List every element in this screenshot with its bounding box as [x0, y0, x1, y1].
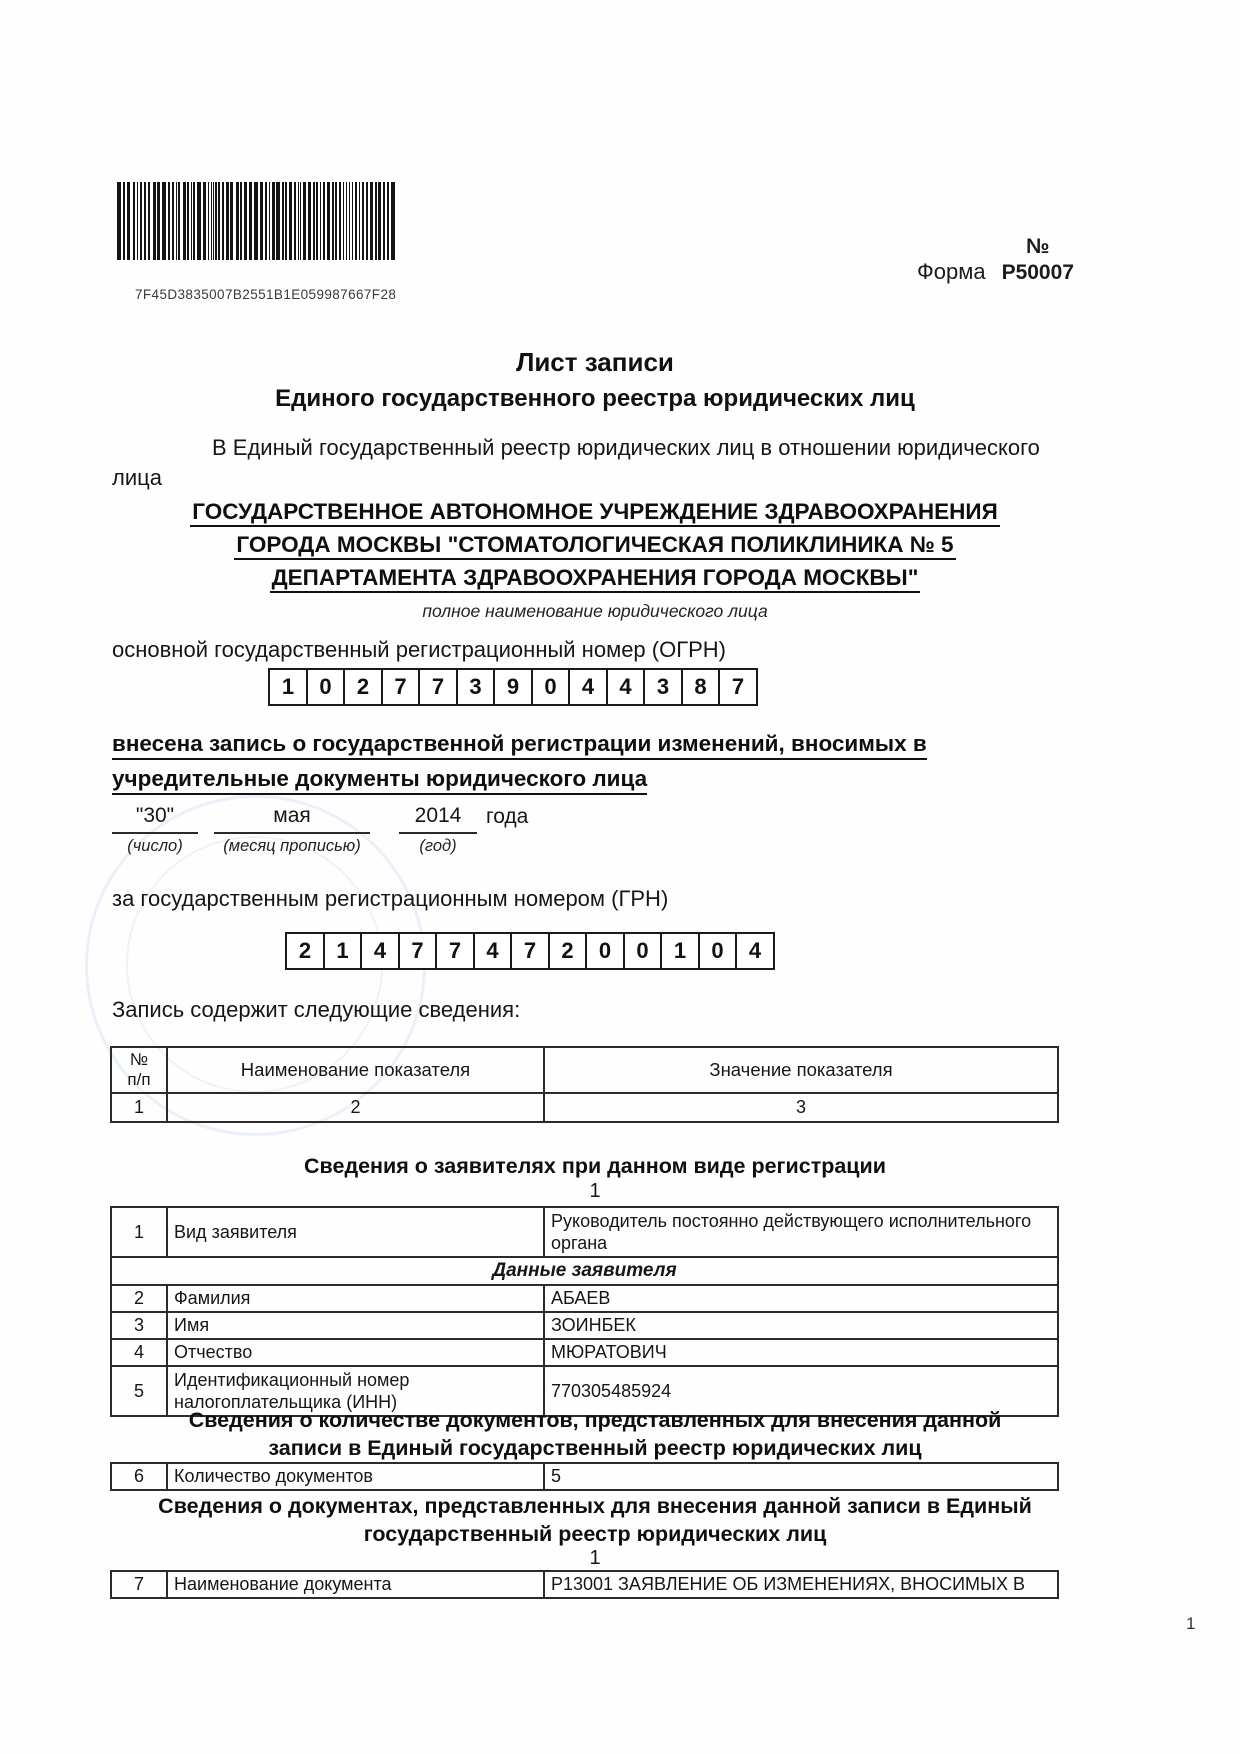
date-year-suffix: года	[486, 804, 528, 829]
grn-digit-cell: 4	[735, 932, 775, 970]
record-contains-label: Запись содержит следующие сведения:	[112, 997, 520, 1023]
docs-count-title-line-2: записи в Единый государственный реестр ю…	[100, 1434, 1090, 1462]
grn-digit-cell: 7	[510, 932, 550, 970]
document-title: Лист записи	[100, 347, 1090, 378]
row-name: Количество документов	[167, 1463, 544, 1490]
org-name: ГОСУДАРСТВЕННОЕ АВТОНОМНОЕ УЧРЕЖДЕНИЕ ЗД…	[100, 495, 1090, 594]
documents-title-line-1: Сведения о документах, представленных дл…	[100, 1492, 1090, 1520]
intro-line-1: В Единый государственный реестр юридичес…	[112, 433, 1102, 463]
indicators-header-table: № п/п Наименование показателя Значение п…	[110, 1046, 1059, 1123]
documents-block-index: 1	[100, 1547, 1090, 1570]
row-value: Руководитель постоянно действующего испо…	[544, 1207, 1058, 1257]
row-name: Фамилия	[167, 1285, 544, 1312]
ogrn-digit-cell: 9	[493, 668, 533, 706]
row-name: Отчество	[167, 1339, 544, 1366]
index-cell-3: 3	[544, 1093, 1058, 1122]
row-value: МЮРАТОВИЧ	[544, 1339, 1058, 1366]
date-month: мая	[214, 804, 370, 834]
documents-table: 7 Наименование документа Р13001 ЗАЯВЛЕНИ…	[110, 1570, 1059, 1599]
index-cell-1: 1	[111, 1093, 167, 1122]
grn-digit-cell: 1	[660, 932, 700, 970]
document-page: 7F45D3835007B2551B1E059987667F28 Форма №…	[0, 0, 1240, 1754]
ogrn-label: основной государственный регистрационный…	[112, 637, 726, 663]
ogrn-digit-cell: 3	[643, 668, 683, 706]
ogrn-digit-cell: 8	[681, 668, 721, 706]
org-name-line-1: ГОСУДАРСТВЕННОЕ АВТОНОМНОЕ УЧРЕЖДЕНИЕ ЗД…	[190, 499, 1000, 527]
date-day: "30"	[112, 804, 198, 834]
grn-digit-cell: 0	[698, 932, 738, 970]
date-year: 2014	[399, 804, 477, 834]
ogrn-digit-cell: 4	[606, 668, 646, 706]
date-month-label: (месяц прописью)	[223, 837, 360, 856]
ogrn-digit-cell: 2	[343, 668, 383, 706]
grn-label: за государственным регистрационным номер…	[112, 886, 668, 912]
applicants-block-index: 1	[100, 1180, 1090, 1203]
barcode-value: 7F45D3835007B2551B1E059987667F28	[135, 287, 396, 302]
docs-count-title-line-1: Сведения о количестве документов, предст…	[100, 1406, 1090, 1434]
ogrn-digit-cell: 1	[268, 668, 308, 706]
row-num: 4	[111, 1339, 167, 1366]
documents-title-line-2: государственный реестр юридических лиц	[100, 1520, 1090, 1548]
header-cell-num: № п/п	[111, 1047, 167, 1093]
applicant-data-subheader: Данные заявителя	[111, 1257, 1058, 1285]
row-value: ЗОИНБЕК	[544, 1312, 1058, 1339]
ogrn-digit-cell: 7	[718, 668, 758, 706]
barcode	[117, 182, 395, 260]
docs-count-title: Сведения о количестве документов, предст…	[100, 1406, 1090, 1462]
row-name: Имя	[167, 1312, 544, 1339]
ogrn-digit-cell: 0	[306, 668, 346, 706]
row-num: 2	[111, 1285, 167, 1312]
org-name-line-3: ДЕПАРТАМЕНТА ЗДРАВООХРАНЕНИЯ ГОРОДА МОСК…	[270, 565, 921, 593]
grn-digit-cell: 7	[435, 932, 475, 970]
form-number-sign: №	[1026, 234, 1049, 260]
docs-count-table: 6 Количество документов 5	[110, 1462, 1059, 1491]
row-num: 3	[111, 1312, 167, 1339]
org-name-line-2: ГОРОДА МОСКВЫ "СТОМАТОЛОГИЧЕСКАЯ ПОЛИКЛИ…	[234, 532, 955, 560]
grn-digit-cell: 2	[548, 932, 588, 970]
applicants-table: 1 Вид заявителя Руководитель постоянно д…	[110, 1206, 1059, 1417]
documents-title: Сведения о документах, представленных дл…	[100, 1492, 1090, 1548]
grn-digit-cell: 4	[360, 932, 400, 970]
statement-line-2: учредительные документы юридического лиц…	[112, 766, 647, 795]
date-year-label: (год)	[419, 837, 456, 856]
ogrn-digit-cell: 7	[381, 668, 421, 706]
applicants-section-title: Сведения о заявителях при данном виде ре…	[100, 1152, 1090, 1180]
grn-digit-boxes: 2 1 4 7 7 4 7 2 0 0 1 0 4	[285, 932, 775, 970]
ogrn-digit-cell: 0	[531, 668, 571, 706]
row-num: 7	[111, 1571, 167, 1598]
form-number-block: Форма № Р50007	[917, 234, 1074, 286]
row-value: Р13001 ЗАЯВЛЕНИЕ ОБ ИЗМЕНЕНИЯХ, ВНОСИМЫХ…	[544, 1571, 1058, 1598]
row-num: 6	[111, 1463, 167, 1490]
header-cell-value: Значение показателя	[544, 1047, 1058, 1093]
document-subtitle: Единого государственного реестра юридиче…	[100, 385, 1090, 413]
ogrn-digit-cell: 3	[456, 668, 496, 706]
row-value: АБАЕВ	[544, 1285, 1058, 1312]
ogrn-digit-cell: 7	[418, 668, 458, 706]
registration-date: "30" (число) мая (месяц прописью) 2014 (…	[112, 804, 528, 856]
form-number: Р50007	[1002, 260, 1074, 286]
ogrn-digit-cell: 4	[568, 668, 608, 706]
row-name: Вид заявителя	[167, 1207, 544, 1257]
form-label: Форма	[917, 259, 986, 286]
header-cell-name: Наименование показателя	[167, 1047, 544, 1093]
grn-digit-cell: 2	[285, 932, 325, 970]
grn-digit-cell: 1	[323, 932, 363, 970]
grn-digit-cell: 7	[398, 932, 438, 970]
page-number: 1	[1186, 1614, 1195, 1634]
row-value: 5	[544, 1463, 1058, 1490]
ogrn-digit-boxes: 1 0 2 7 7 3 9 0 4 4 3 8 7	[268, 668, 758, 706]
org-name-caption: полное наименование юридического лица	[100, 601, 1090, 622]
grn-digit-cell: 4	[473, 932, 513, 970]
statement-line-1: внесена запись о государственной регистр…	[112, 731, 927, 760]
row-num: 1	[111, 1207, 167, 1257]
row-name: Наименование документа	[167, 1571, 544, 1598]
document-title-block: Лист записи Единого государственного рее…	[100, 347, 1090, 413]
grn-digit-cell: 0	[585, 932, 625, 970]
registration-statement: внесена запись о государственной регистр…	[112, 726, 927, 796]
date-day-label: (число)	[127, 837, 182, 856]
intro-line-2: лица	[112, 463, 1102, 493]
intro-paragraph: В Единый государственный реестр юридичес…	[112, 433, 1102, 493]
grn-digit-cell: 0	[623, 932, 663, 970]
index-cell-2: 2	[167, 1093, 544, 1122]
